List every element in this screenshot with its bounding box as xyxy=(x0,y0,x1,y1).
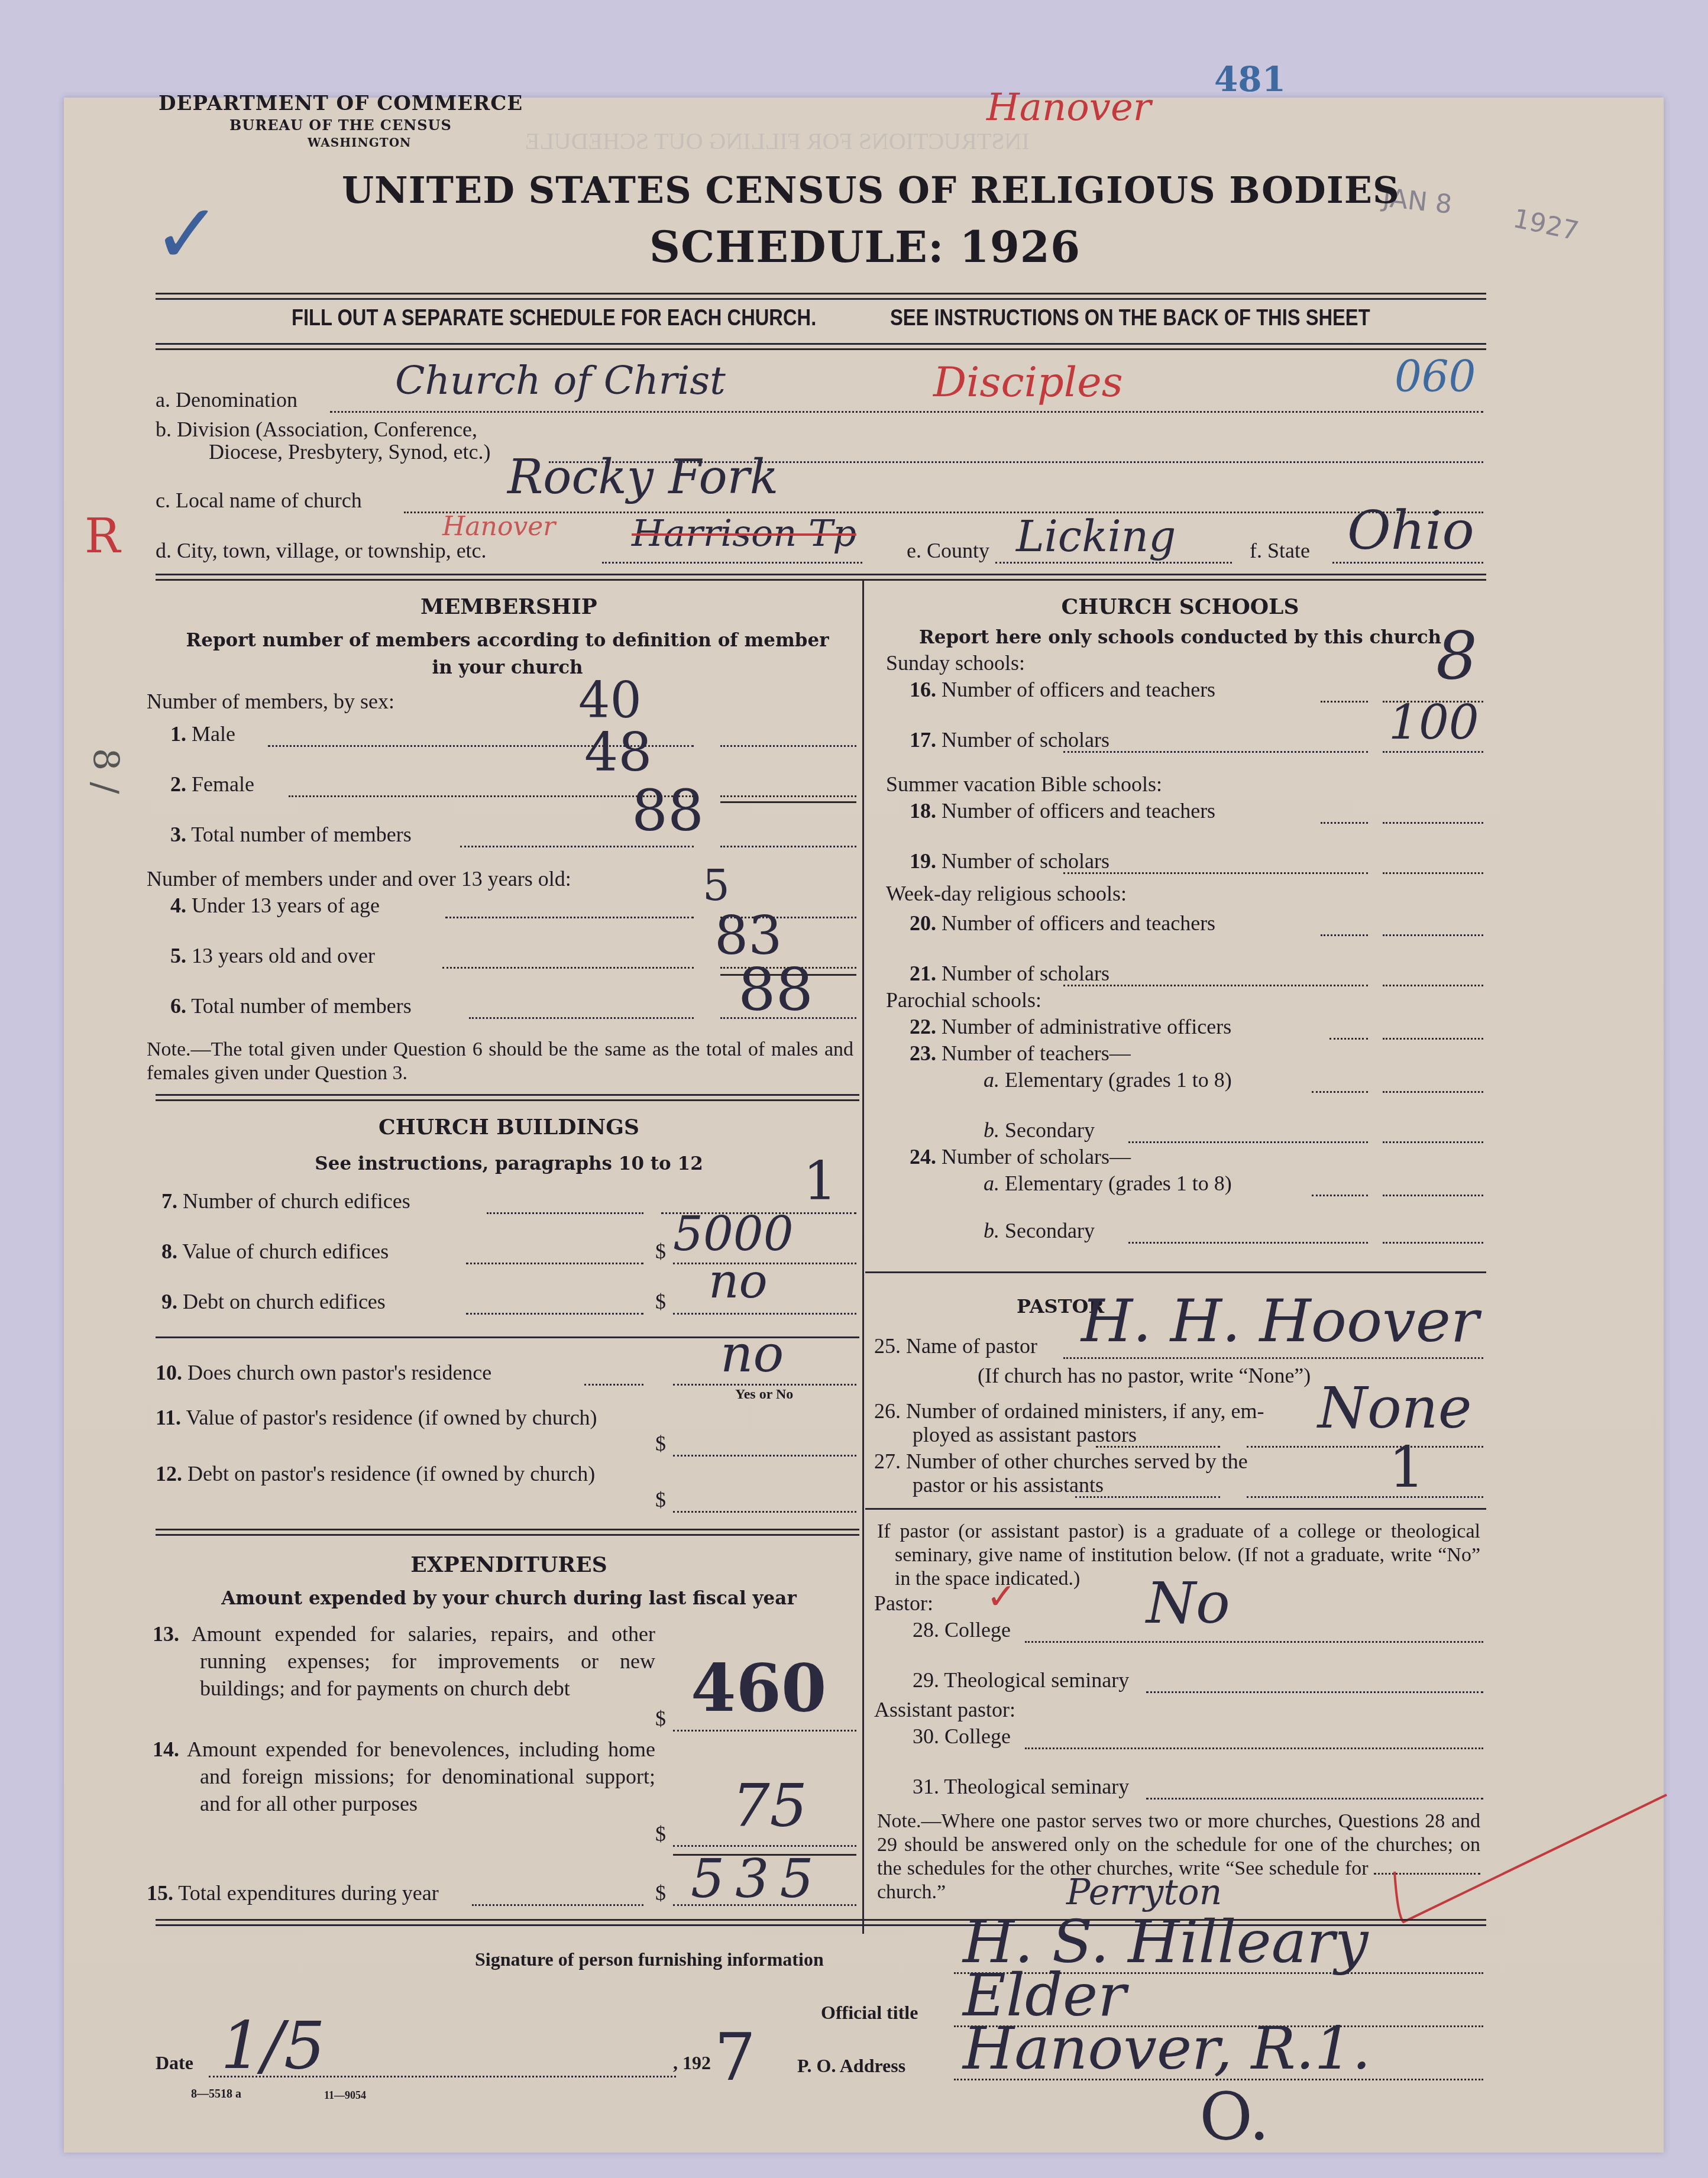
pastor-name-label: 25. Name of pastor xyxy=(874,1334,1037,1358)
answer-line xyxy=(720,846,856,847)
row-label: Number of officers and teachers xyxy=(942,911,1215,935)
state-line xyxy=(1332,562,1483,564)
seminary-label: 29. Theological seminary xyxy=(913,1668,1129,1692)
row-number: 23. xyxy=(910,1041,936,1065)
date-label: Date xyxy=(156,2052,193,2074)
row-label: Number of officers and teachers xyxy=(942,678,1215,701)
row-label: Number of scholars xyxy=(942,962,1109,985)
pastor-name-line xyxy=(1063,1357,1483,1359)
row-number: 12. xyxy=(156,1462,182,1486)
expenditures-subtitle: Amount expended by your church during la… xyxy=(156,1588,862,1609)
row-number: a. xyxy=(984,1171,999,1195)
bureau-label: BUREAU OF THE CENSUS xyxy=(229,116,452,134)
local-name-line xyxy=(404,512,1483,513)
row-line xyxy=(1321,701,1368,703)
row-number: 22. xyxy=(910,1015,936,1038)
row-number: 6. xyxy=(170,994,186,1018)
row-number: 20. xyxy=(910,911,936,935)
under-13-field[interactable]: 5 xyxy=(703,860,730,910)
row-line xyxy=(442,967,694,969)
row-label: Number of scholars xyxy=(942,849,1109,873)
assistant-pastors-field[interactable]: None xyxy=(1318,1375,1471,1441)
total-members-field[interactable]: 88 xyxy=(632,778,704,844)
row-line xyxy=(445,917,694,918)
row-number: 24. xyxy=(910,1145,936,1169)
row-label: Number of officers and teachers xyxy=(942,799,1215,823)
form-number: 8—5518 a xyxy=(191,2088,241,2101)
local-name-label: c. Local name of church xyxy=(156,488,362,513)
assistant-pastors-line xyxy=(1096,1446,1220,1448)
denomination-red-annotation: Disciples xyxy=(933,358,1123,406)
row-line xyxy=(584,1384,643,1386)
row-number: b. xyxy=(984,1118,999,1142)
other-churches-line xyxy=(1075,1496,1220,1498)
answer-line xyxy=(673,1511,856,1513)
date-field[interactable]: 1/5 xyxy=(221,2008,325,2083)
row-line xyxy=(1321,822,1368,824)
buildings-divider xyxy=(156,1094,859,1096)
row-label: Debt on pastor's residence (if owned by … xyxy=(187,1462,595,1486)
dollar-sign: $ xyxy=(655,1881,666,1905)
schedule-title: SCHEDULE: 1926 xyxy=(649,222,1081,272)
row-label: Number of scholars xyxy=(942,728,1109,752)
row-line xyxy=(1063,751,1368,753)
row-number: 18. xyxy=(910,799,936,823)
row-line xyxy=(1321,934,1368,936)
church-buildings-subtitle: See instructions, paragraphs 10 to 12 xyxy=(156,1153,862,1174)
row-line xyxy=(1312,1091,1368,1093)
edifice-debt-field[interactable]: no xyxy=(709,1254,768,1309)
group-heading-weekday: Week-day religious schools: xyxy=(886,881,1127,906)
row-label: Value of pastor's residence (if owned by… xyxy=(186,1406,597,1429)
city-field[interactable]: Harrison Tp xyxy=(632,512,856,555)
year-prefix: , 192 xyxy=(673,2052,711,2074)
dollar-sign: $ xyxy=(655,1706,666,1731)
denomination-field[interactable]: Church of Christ xyxy=(395,358,726,403)
membership-subtitle: Report number of members according to de… xyxy=(176,627,839,681)
row-number: a. xyxy=(984,1068,999,1092)
scholars-group-label: Number of scholars— xyxy=(942,1145,1131,1169)
denomination-line xyxy=(330,411,1483,413)
form-title: UNITED STATES CENSUS OF RELIGIOUS BODIES xyxy=(342,169,1400,212)
dollar-sign: $ xyxy=(655,1431,666,1456)
city-line xyxy=(602,562,862,564)
sunday-scholars-field[interactable]: 100 xyxy=(1389,695,1479,750)
assistant-pastors-answer-line xyxy=(1247,1446,1483,1448)
pastor-note-end: church.” xyxy=(877,1881,946,1903)
dollar-sign: $ xyxy=(655,1239,666,1264)
row-label: Secondary xyxy=(1005,1118,1095,1142)
answer-line xyxy=(1383,985,1483,986)
answer-line xyxy=(673,1384,856,1386)
row-line xyxy=(469,1017,694,1019)
pastor-college-field[interactable]: No xyxy=(1146,1570,1230,1636)
division-label-1: b. Division (Association, Conference, xyxy=(156,417,477,442)
dollar-sign: $ xyxy=(655,1289,666,1314)
row-number: 2. xyxy=(170,772,186,796)
row-label: Amount expended for benevolences, includ… xyxy=(187,1737,655,1815)
answer-line xyxy=(673,1845,856,1847)
row-label: Under 13 years of age xyxy=(192,894,380,917)
bleed-through-title: INSTRUCTIONS FOR FILLING OUT SCHEDULE xyxy=(525,127,1030,155)
church-buildings-title: CHURCH BUILDINGS xyxy=(156,1115,862,1140)
answer-line xyxy=(1383,1242,1483,1244)
church-schools-subtitle: Report here only schools conducted by th… xyxy=(874,627,1486,648)
red-check-stroke-icon xyxy=(1389,1789,1673,1931)
row-label: Total expenditures during year xyxy=(178,1881,438,1905)
banner-top-rule xyxy=(156,293,1486,295)
pastor-name-field[interactable]: H. H. Hoover xyxy=(1081,1286,1479,1355)
print-number: 11—9054 xyxy=(324,2089,366,2102)
row-label: Number of administrative officers xyxy=(942,1015,1231,1038)
other-churches-field[interactable]: 1 xyxy=(1389,1434,1425,1500)
row-label: Amount expended for salaries, repairs, a… xyxy=(192,1622,655,1700)
row-label: Female xyxy=(192,772,254,796)
row-number: 19. xyxy=(910,849,936,873)
answer-line xyxy=(1383,1195,1483,1196)
margin-red-r-annotation: R xyxy=(85,509,120,564)
row-label: Male xyxy=(192,722,235,746)
row-number: 21. xyxy=(910,962,936,985)
row-line xyxy=(1128,1141,1368,1143)
row-line xyxy=(1329,1038,1368,1040)
membership-note: Note.—The total given under Question 6 s… xyxy=(147,1038,853,1085)
row-number: 5. xyxy=(170,944,186,967)
row-line xyxy=(487,1212,643,1214)
row-number: 14. xyxy=(153,1737,179,1761)
row-number: 4. xyxy=(170,894,186,917)
row-line xyxy=(466,1313,643,1315)
by-age-label: Number of members under and over 13 year… xyxy=(147,866,571,891)
row-label: Secondary xyxy=(1005,1219,1095,1242)
answer-line xyxy=(1383,822,1483,824)
row-label: Does church own pastor's residence xyxy=(187,1361,491,1384)
dollar-sign: $ xyxy=(655,1487,666,1512)
by-sex-label: Number of members, by sex: xyxy=(147,689,394,714)
row-line xyxy=(466,1263,643,1264)
city-label: d. City, town, village, or township, etc… xyxy=(156,538,487,563)
other-churches-label-1: 27. Number of other churches served by t… xyxy=(874,1449,1248,1474)
row-line xyxy=(472,1904,643,1906)
assistant-seminary-label: 31. Theological seminary xyxy=(913,1774,1129,1799)
official-title-label: Official title xyxy=(821,2002,918,2024)
answer-line xyxy=(1383,934,1483,936)
assistant-pastors-label-1: 26. Number of ordained ministers, if any… xyxy=(874,1399,1264,1423)
male-count-field[interactable]: 40 xyxy=(578,671,642,729)
row-line xyxy=(1128,1242,1368,1244)
group-heading-summer: Summer vacation Bible schools: xyxy=(886,772,1162,797)
row-number: 8. xyxy=(161,1240,177,1263)
sum-rule xyxy=(720,801,856,803)
running-expenses-field[interactable]: 460 xyxy=(691,1650,827,1726)
row-number: 16. xyxy=(910,678,936,701)
red-annotation-hanover: Hanover xyxy=(986,86,1151,130)
blue-file-number: 481 xyxy=(1214,59,1286,99)
row-line xyxy=(1312,1195,1368,1196)
row-number: 17. xyxy=(910,728,936,752)
margin-pencil-note: 8 / xyxy=(85,748,126,794)
female-count-field[interactable]: 48 xyxy=(584,721,652,784)
row-number: 11. xyxy=(156,1406,181,1429)
row-label: Total number of members xyxy=(191,823,411,846)
year-field[interactable]: 7 xyxy=(714,2020,756,2095)
row-label: Number of church edifices xyxy=(183,1189,410,1213)
pastor-heading: Pastor: xyxy=(874,1591,933,1616)
owns-residence-field[interactable]: no xyxy=(720,1325,784,1384)
red-tick-annotation: ✓ xyxy=(986,1576,1016,1617)
row-number: 3. xyxy=(170,823,186,846)
total-expenditures-field[interactable]: 535 xyxy=(691,1848,824,1910)
answer-line xyxy=(1383,1091,1483,1093)
pastor-name-hint: (If church has no pastor, write “None”) xyxy=(978,1363,1311,1388)
answer-line xyxy=(720,745,856,747)
county-label: e. County xyxy=(907,538,989,563)
po-address-field[interactable]: Hanover, R.1. xyxy=(963,2014,1371,2083)
dollar-sign: $ xyxy=(655,1821,666,1846)
other-churches-answer-line xyxy=(1247,1496,1483,1498)
answer-line xyxy=(673,1455,856,1457)
row-number: 9. xyxy=(161,1290,177,1313)
answer-line xyxy=(1383,872,1483,874)
group-heading-sunday: Sunday schools: xyxy=(886,651,1025,675)
county-line xyxy=(995,562,1232,564)
received-stamp-year: 1927 xyxy=(1510,203,1581,247)
group-heading-parochial: Parochial schools: xyxy=(886,988,1041,1012)
row-label: Elementary (grades 1 to 8) xyxy=(1005,1068,1232,1092)
pastor-divider xyxy=(865,1271,1486,1273)
assistant-college-line xyxy=(1025,1747,1483,1749)
yes-no-hint: Yes or No xyxy=(735,1387,793,1403)
banner-left: FILL OUT A SEPARATE SCHEDULE FOR EACH CH… xyxy=(292,306,816,331)
signature-label: Signature of person furnishing informati… xyxy=(475,1949,824,1970)
answer-line xyxy=(673,1313,856,1315)
row-label: 13 years old and over xyxy=(192,944,375,967)
answer-line xyxy=(1383,1038,1483,1040)
college-line xyxy=(1025,1641,1483,1643)
graduate-divider xyxy=(865,1508,1486,1510)
total-by-age-field[interactable]: 88 xyxy=(738,955,813,1024)
row-number: 15. xyxy=(147,1881,173,1905)
row-label: Total number of members xyxy=(191,994,411,1018)
row-number: 1. xyxy=(170,722,186,746)
assistant-college-label: 30. College xyxy=(913,1724,1011,1749)
denomination-label: a. Denomination xyxy=(156,387,297,412)
census-schedule-sheet: INSTRUCTIONS FOR FILLING OUT SCHEDULE DE… xyxy=(64,98,1664,2153)
row-line xyxy=(460,846,694,847)
division-label-2: Diocese, Presbytery, Synod, etc.) xyxy=(209,439,491,464)
po-address-label: P. O. Address xyxy=(797,2055,905,2077)
row-number: 10. xyxy=(156,1361,182,1384)
banner-bottom-rule xyxy=(156,343,1486,345)
row-label: Debt on church edifices xyxy=(183,1290,386,1313)
row-line xyxy=(1063,872,1368,874)
college-label: 28. College xyxy=(913,1617,1011,1642)
assistant-pastor-heading: Assistant pastor: xyxy=(874,1697,1015,1722)
denomination-code: 060 xyxy=(1395,352,1476,402)
edifice-count-field[interactable]: 1 xyxy=(803,1150,837,1212)
row-number: b. xyxy=(984,1219,999,1242)
department-label: DEPARTMENT OF COMMERCE xyxy=(158,92,523,115)
membership-title: MEMBERSHIP xyxy=(156,594,862,619)
county-field[interactable]: Licking xyxy=(1016,512,1176,561)
state-label: f. State xyxy=(1250,538,1310,563)
row-label: Elementary (grades 1 to 8) xyxy=(1005,1171,1232,1195)
local-name-field[interactable]: Rocky Fork xyxy=(507,449,778,504)
state-field[interactable]: Ohio xyxy=(1347,500,1474,562)
assistant-pastors-label-2: ployed as assistant pastors xyxy=(913,1422,1137,1447)
banner-right: SEE INSTRUCTIONS ON THE BACK OF THIS SHE… xyxy=(890,306,1370,331)
teachers-group-label: Number of teachers— xyxy=(942,1041,1131,1065)
washington-label: WASHINGTON xyxy=(308,135,411,150)
benevolences-field[interactable]: 75 xyxy=(732,1771,807,1840)
check-mark-icon: ✓ xyxy=(153,186,222,283)
po-address-state-field[interactable]: O. xyxy=(1199,2079,1270,2154)
seminary-line xyxy=(1146,1691,1483,1693)
row-line xyxy=(1063,985,1368,986)
row-label: Value of church edifices xyxy=(182,1240,389,1263)
row-number: 7. xyxy=(161,1189,177,1213)
expenditures-divider xyxy=(156,1529,859,1530)
expenditures-title: EXPENDITURES xyxy=(156,1552,862,1577)
other-churches-label-2: pastor or his assistants xyxy=(913,1473,1104,1497)
answer-line xyxy=(1383,751,1483,753)
sunday-teachers-field[interactable]: 8 xyxy=(1436,618,1477,694)
church-schools-title: CHURCH SCHOOLS xyxy=(874,594,1486,619)
answer-line xyxy=(1383,1141,1483,1143)
row-number: 13. xyxy=(153,1622,179,1646)
answer-line xyxy=(673,1730,856,1732)
city-red-correction: Hanover xyxy=(442,512,555,542)
column-divider xyxy=(862,580,864,1934)
section-divider xyxy=(156,574,1486,575)
answer-line xyxy=(720,795,856,797)
